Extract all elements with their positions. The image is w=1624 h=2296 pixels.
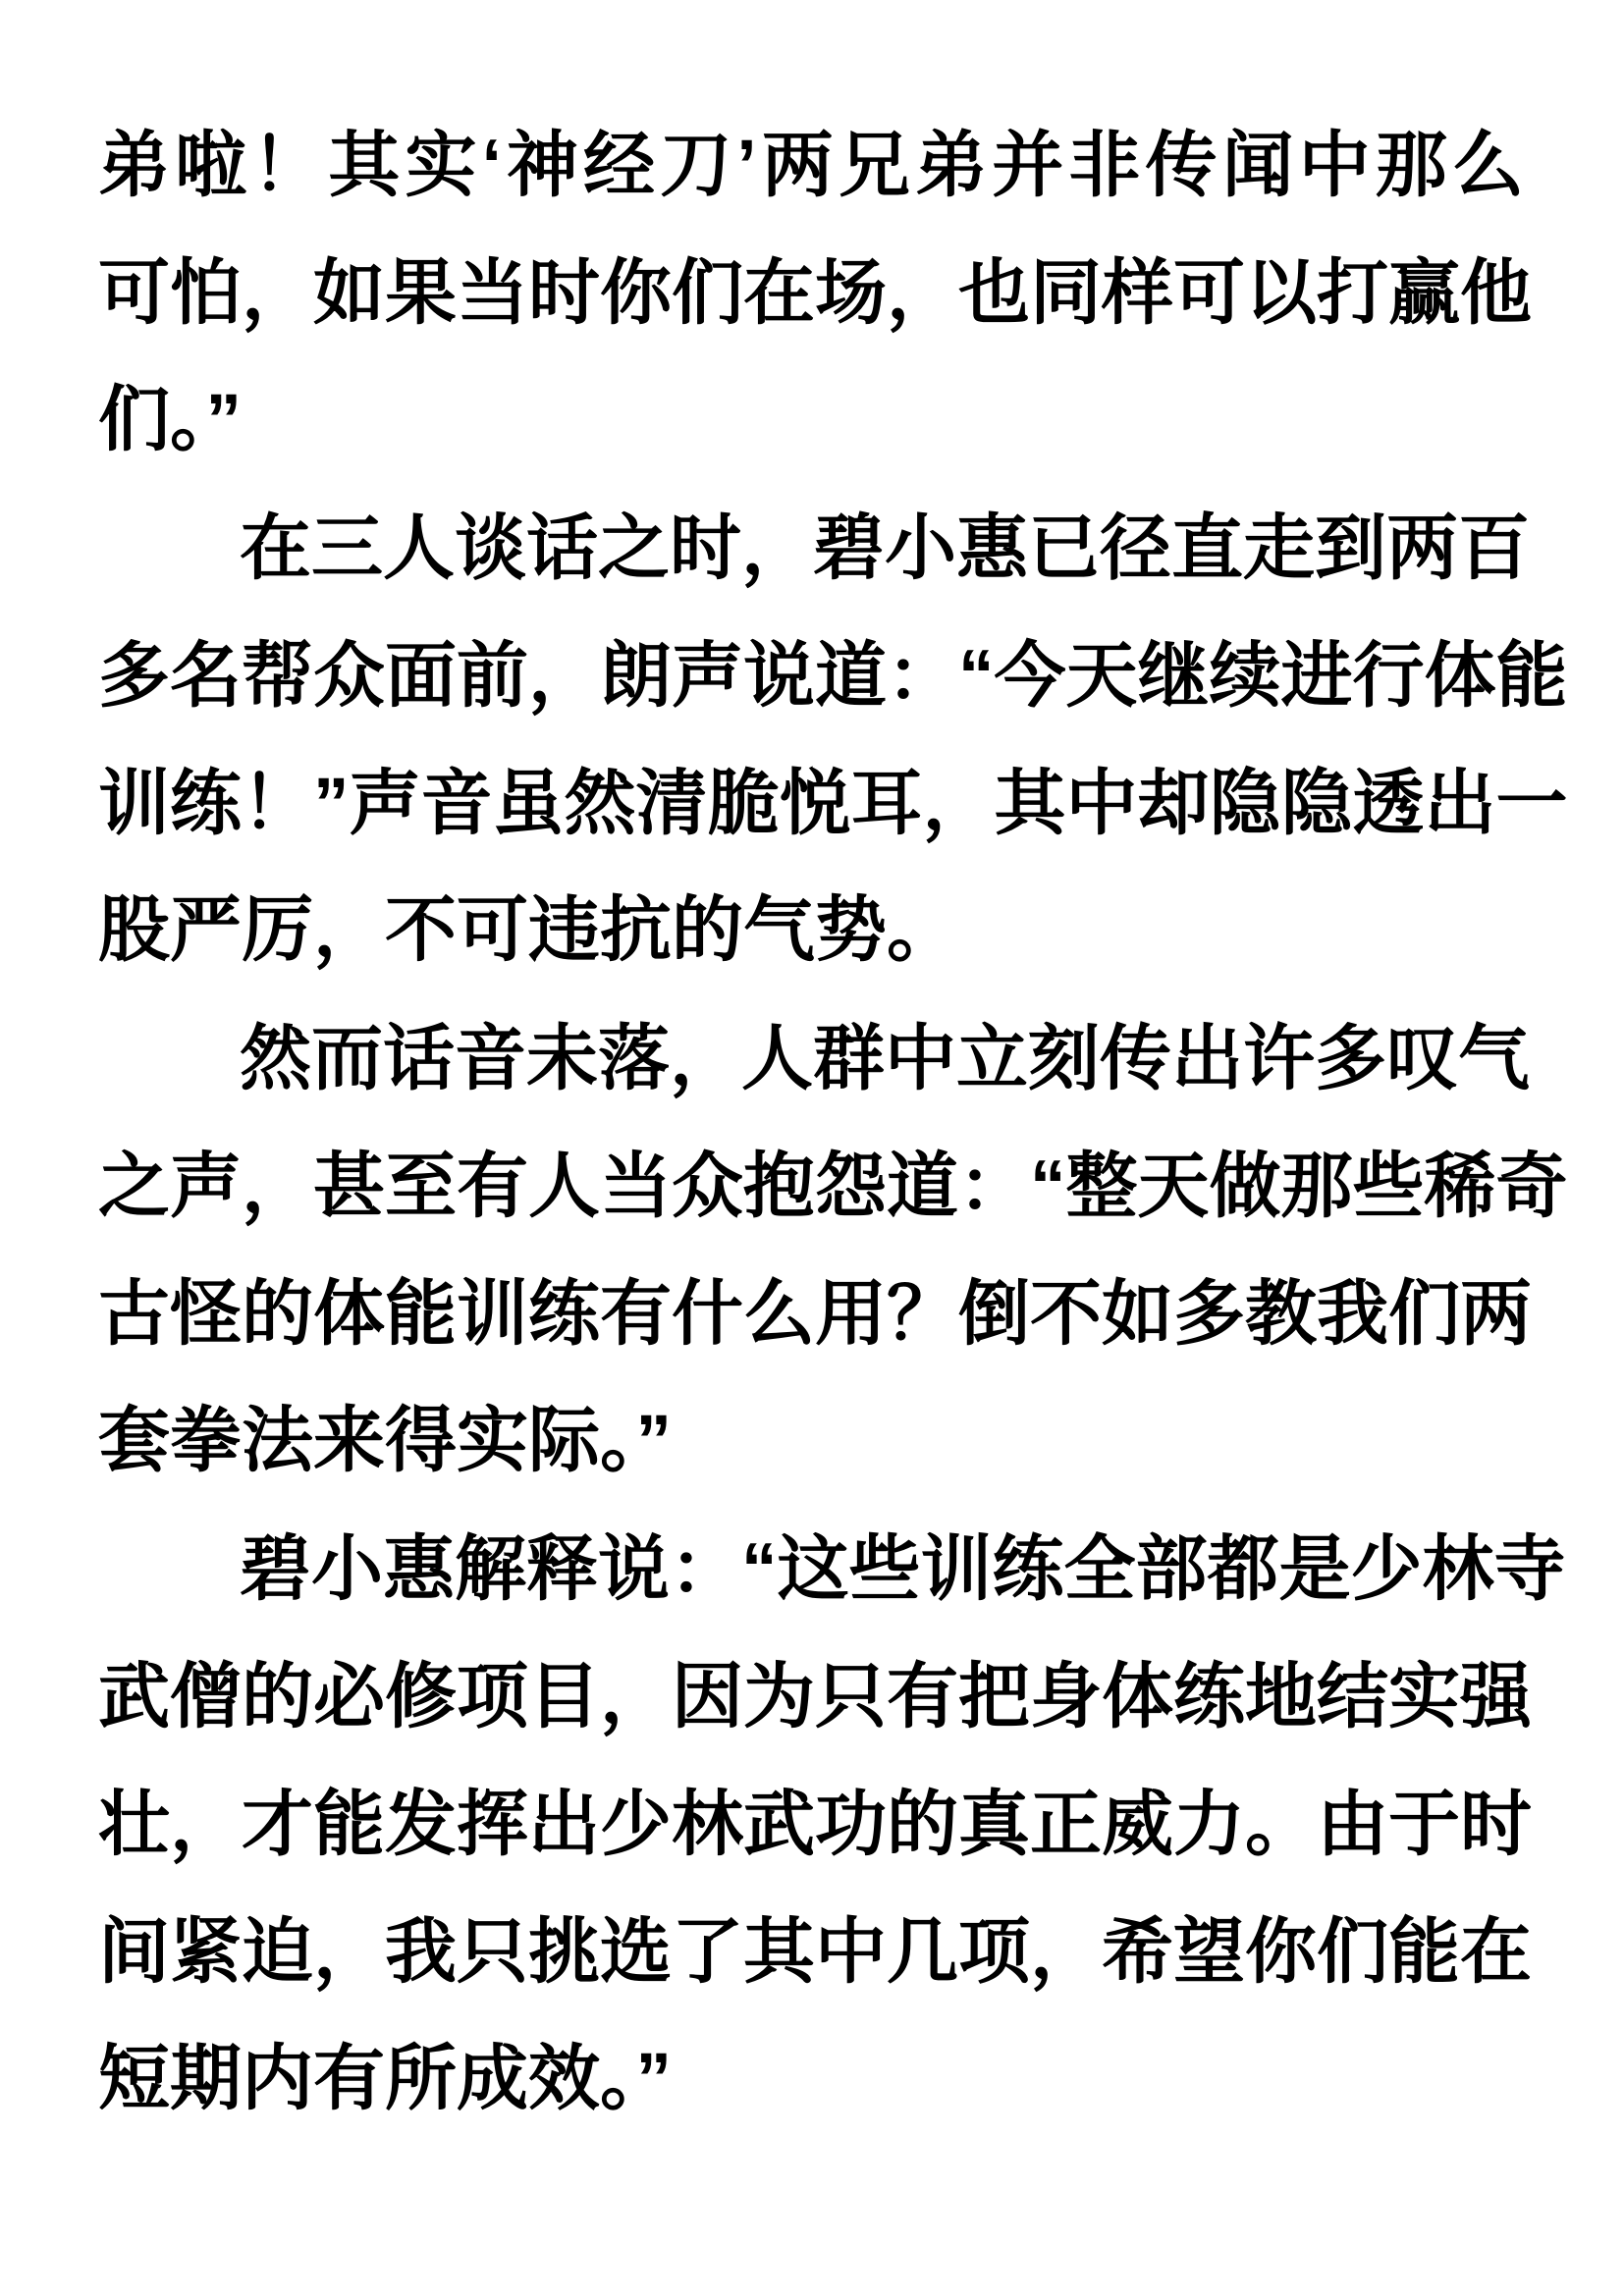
text-glyph: 隐 — [1210, 768, 1281, 839]
text-glyph: ， — [741, 512, 813, 584]
text-glyph: 力 — [1173, 1789, 1245, 1860]
text-glyph: 的 — [242, 1278, 313, 1350]
text-glyph: 出 — [528, 1789, 600, 1860]
text-glyph: ： — [958, 1150, 1030, 1222]
text-glyph: 声 — [672, 640, 743, 712]
text-glyph: 行 — [1353, 640, 1425, 712]
text-glyph: 果 — [385, 257, 457, 329]
text-glyph: 体 — [313, 1278, 385, 1350]
text-glyph: 发 — [385, 1789, 457, 1860]
text-glyph: 道 — [815, 640, 887, 712]
text-glyph: 啦 — [175, 130, 246, 201]
text-glyph: ： — [887, 640, 958, 712]
text-line: 在三人谈话之时，碧小惠已径直走到两百 — [98, 484, 1524, 612]
text-glyph: “ — [741, 1533, 778, 1605]
text-line: 短期内有所成效。” — [98, 2015, 1524, 2143]
text-glyph: 由 — [1317, 1789, 1388, 1860]
text-glyph: 实 — [406, 130, 477, 201]
text-glyph: 如 — [1102, 1278, 1173, 1350]
text-glyph: 之 — [598, 512, 670, 584]
text-line: 壮，才能发挥出少林武功的真正威力。由于时 — [98, 1760, 1524, 1888]
text-glyph: ” — [313, 768, 350, 839]
text-glyph: 练 — [993, 1533, 1064, 1605]
text-glyph: 中 — [1066, 768, 1138, 839]
text-glyph: 面 — [385, 640, 457, 712]
text-glyph: 我 — [385, 1916, 457, 1988]
text-glyph: 小 — [885, 512, 956, 584]
text-glyph: 做 — [1210, 1150, 1281, 1222]
text-glyph: “ — [1030, 1150, 1066, 1222]
text-glyph: 可 — [1173, 257, 1245, 329]
text-glyph: ， — [887, 257, 958, 329]
text-glyph: 你 — [1245, 1916, 1317, 1988]
text-glyph: 希 — [1102, 1916, 1173, 1988]
text-glyph: 抱 — [743, 1150, 815, 1222]
text-glyph: ’ — [736, 130, 756, 201]
text-glyph: 众 — [672, 1150, 743, 1222]
text-glyph: 许 — [1243, 1023, 1315, 1095]
text-glyph: ， — [600, 1661, 672, 1733]
text-glyph: 只 — [815, 1661, 887, 1733]
text-glyph: 项 — [457, 1661, 528, 1733]
text-glyph: 多 — [98, 640, 170, 712]
text-glyph: 直 — [1171, 512, 1243, 584]
text-glyph: 挑 — [528, 1916, 600, 1988]
text-glyph: 耳 — [851, 768, 923, 839]
text-glyph: 透 — [1353, 768, 1425, 839]
text-glyph: 惠 — [956, 512, 1028, 584]
text-glyph: 林 — [672, 1789, 743, 1860]
text-glyph: 音 — [421, 768, 493, 839]
text-glyph: 说 — [598, 1533, 670, 1605]
text-glyph: 打 — [1317, 257, 1388, 329]
text-glyph: 们 — [672, 257, 743, 329]
text-glyph: 继 — [1138, 640, 1210, 712]
text-glyph: ， — [670, 1023, 741, 1095]
text-glyph: 话 — [526, 512, 598, 584]
text-glyph: 们 — [1317, 1916, 1388, 1988]
text-glyph: 几 — [887, 1916, 958, 1988]
text-line: 之声，甚至有人当众抱怨道：“整天做那些稀奇 — [98, 1122, 1524, 1250]
text-glyph: 结 — [1317, 1661, 1388, 1733]
text-glyph: 都 — [1208, 1533, 1279, 1605]
text-glyph: 紧 — [170, 1916, 242, 1988]
text-glyph: 其 — [328, 130, 400, 201]
text-glyph: 只 — [457, 1916, 528, 1988]
text-glyph: 练 — [528, 1278, 600, 1350]
text-glyph: 全 — [1064, 1533, 1136, 1605]
text-glyph: 体 — [1102, 1661, 1173, 1733]
text-glyph: ！ — [242, 768, 313, 839]
text-glyph: 续 — [1210, 640, 1281, 712]
text-glyph: 也 — [958, 257, 1030, 329]
text-glyph: 少 — [1351, 1533, 1423, 1605]
text-glyph: 赢 — [1388, 257, 1460, 329]
text-glyph: 不 — [1030, 1278, 1102, 1350]
text-glyph: 同 — [1030, 257, 1102, 329]
text-glyph: 经 — [583, 130, 655, 201]
text-glyph: 目 — [528, 1661, 600, 1733]
text-line: 股严厉，不可违抗的气势。 — [98, 867, 1524, 994]
text-glyph: 壮 — [98, 1789, 170, 1860]
text-glyph: 其 — [743, 1916, 815, 1988]
text-glyph: 落 — [598, 1023, 670, 1095]
text-glyph: 道 — [887, 1150, 958, 1222]
text-glyph: 才 — [242, 1789, 313, 1860]
text-glyph: 是 — [1279, 1533, 1351, 1605]
text-glyph: 小 — [311, 1533, 383, 1605]
text-glyph: ， — [1030, 1916, 1102, 1988]
text-glyph: 些 — [849, 1533, 921, 1605]
text-glyph: 体 — [1425, 640, 1496, 712]
text-glyph: 多 — [1173, 1278, 1245, 1350]
text-glyph: 传 — [1145, 130, 1217, 201]
text-glyph: 于 — [1388, 1789, 1460, 1860]
text-glyph: 径 — [1100, 512, 1171, 584]
text-glyph: 进 — [1281, 640, 1353, 712]
text-glyph: 望 — [1173, 1916, 1245, 1988]
text-glyph: ‘ — [482, 130, 502, 201]
text-glyph: ， — [528, 640, 600, 712]
text-glyph: 刻 — [1028, 1023, 1100, 1095]
text-glyph: 古 — [98, 1278, 170, 1350]
text-glyph: 那 — [1376, 130, 1447, 201]
text-glyph: 的 — [242, 1661, 313, 1733]
text-line: 可怕，如果当时你们在场，也同样可以打赢他 — [98, 229, 1524, 356]
text-glyph: 兄 — [839, 130, 910, 201]
text-glyph: 虽 — [493, 768, 565, 839]
text-glyph: 么 — [743, 1278, 815, 1350]
text-glyph: 那 — [1281, 1150, 1353, 1222]
text-glyph: 可 — [98, 257, 170, 329]
text-glyph: 整 — [1066, 1150, 1138, 1222]
text-glyph: 今 — [995, 640, 1066, 712]
text-line: 古怪的体能训练有什么用？倒不如多教我们两 — [98, 1250, 1524, 1377]
text-glyph: 两 — [1460, 1278, 1532, 1350]
text-glyph: 什 — [672, 1278, 743, 1350]
text-glyph: 脆 — [708, 768, 780, 839]
text-glyph: 地 — [1245, 1661, 1317, 1733]
text-glyph: 百 — [1458, 512, 1530, 584]
text-glyph: 实 — [1388, 1661, 1460, 1733]
text-glyph: 碧 — [240, 1533, 311, 1605]
text-glyph: 群 — [813, 1023, 885, 1095]
text-glyph: 因 — [672, 1661, 743, 1733]
text-glyph: 场 — [815, 257, 887, 329]
text-glyph: 林 — [1423, 1533, 1494, 1605]
text-glyph: 天 — [1066, 640, 1138, 712]
text-glyph: 并 — [992, 130, 1063, 201]
text-glyph: 到 — [1315, 512, 1386, 584]
text-glyph: 的 — [887, 1789, 958, 1860]
text-glyph: 天 — [1138, 1150, 1210, 1222]
text-line: 套拳法来得实际。” — [98, 1377, 1524, 1505]
text-glyph: 在 — [743, 257, 815, 329]
text-glyph: 至 — [385, 1150, 457, 1222]
text-glyph: 时 — [528, 257, 600, 329]
text-glyph: 之 — [98, 1150, 170, 1222]
text-glyph: 修 — [385, 1661, 457, 1733]
text-glyph: “ — [958, 640, 995, 712]
text-glyph: 人 — [528, 1150, 600, 1222]
text-glyph: 练 — [1173, 1661, 1245, 1733]
text-glyph: 清 — [636, 768, 708, 839]
text-glyph: 走 — [1243, 512, 1315, 584]
text-glyph: 其 — [995, 768, 1066, 839]
text-glyph: 然 — [565, 768, 636, 839]
text-glyph: 武 — [98, 1661, 170, 1733]
text-glyph: 谈 — [455, 512, 526, 584]
text-glyph: 释 — [526, 1533, 598, 1605]
text-glyph: 然 — [240, 1023, 311, 1095]
text-glyph: 时 — [670, 512, 741, 584]
text-glyph: 迫 — [242, 1916, 313, 1988]
text-glyph: 僧 — [170, 1661, 242, 1733]
text-line: 训练！”声音虽然清脆悦耳，其中却隐隐透出一 — [98, 739, 1524, 867]
text-glyph: 当 — [600, 1150, 672, 1222]
text-glyph: 三 — [311, 512, 383, 584]
text-glyph: 选 — [600, 1916, 672, 1988]
text-glyph: 声 — [350, 768, 421, 839]
text-glyph: 中 — [1299, 130, 1371, 201]
text-glyph: 一 — [1496, 768, 1568, 839]
text-glyph: 两 — [1386, 512, 1458, 584]
text-glyph: 能 — [1388, 1916, 1460, 1988]
text-glyph: 倒 — [958, 1278, 1030, 1350]
text-glyph: 真 — [958, 1789, 1030, 1860]
text-glyph: 挥 — [457, 1789, 528, 1860]
text-glyph: 叹 — [1386, 1023, 1458, 1095]
text-glyph: 立 — [956, 1023, 1028, 1095]
text-glyph: 把 — [958, 1661, 1030, 1733]
text-glyph: 当 — [457, 257, 528, 329]
text-glyph: 前 — [457, 640, 528, 712]
text-glyph: 样 — [1102, 257, 1173, 329]
text-glyph: 中 — [885, 1023, 956, 1095]
text-glyph: 已 — [1028, 512, 1100, 584]
text-glyph: 却 — [1138, 768, 1210, 839]
text-glyph: 有 — [457, 1150, 528, 1222]
text-glyph: 两 — [762, 130, 834, 201]
text-glyph: 在 — [240, 512, 311, 584]
text-line: 间紧迫，我只挑选了其中几项，希望你们能在 — [98, 1888, 1524, 2015]
text-glyph: 在 — [1460, 1916, 1532, 1988]
text-glyph: 众 — [313, 640, 385, 712]
text-glyph: 怨 — [815, 1150, 887, 1222]
text-glyph: ！ — [251, 130, 323, 201]
text-glyph: 身 — [1030, 1661, 1102, 1733]
text-block: 弟啦！其实‘神经刀’两兄弟并非传闻中那么可怕，如果当时你们在场，也同样可以打赢他… — [98, 101, 1524, 2143]
text-glyph: ， — [170, 1789, 242, 1860]
text-glyph: 有 — [887, 1661, 958, 1733]
text-glyph: 能 — [1496, 640, 1568, 712]
text-glyph: 用 — [815, 1278, 887, 1350]
text-glyph: 人 — [383, 512, 455, 584]
text-glyph: 怪 — [170, 1278, 242, 1350]
text-glyph: 威 — [1102, 1789, 1173, 1860]
text-glyph: 时 — [1460, 1789, 1532, 1860]
text-glyph: 能 — [313, 1789, 385, 1860]
text-glyph: 我 — [1317, 1278, 1388, 1350]
text-glyph: 未 — [526, 1023, 598, 1095]
text-glyph: 练 — [170, 768, 242, 839]
text-glyph: 训 — [98, 768, 170, 839]
text-glyph: 音 — [455, 1023, 526, 1095]
text-glyph: 甚 — [313, 1150, 385, 1222]
text-glyph: 必 — [313, 1661, 385, 1733]
text-glyph: 弟 — [98, 130, 170, 201]
text-line: 碧小惠解释说：“这些训练全部都是少林寺 — [98, 1505, 1524, 1632]
document-page: 弟啦！其实‘神经刀’两兄弟并非传闻中那么可怕，如果当时你们在场，也同样可以打赢他… — [0, 0, 1624, 2296]
text-glyph: 训 — [921, 1533, 993, 1605]
text-glyph: 教 — [1245, 1278, 1317, 1350]
text-line: 弟啦！其实‘神经刀’两兄弟并非传闻中那么 — [98, 101, 1524, 229]
text-glyph: 们 — [1388, 1278, 1460, 1350]
text-glyph: 了 — [672, 1916, 743, 1988]
text-glyph: 传 — [1100, 1023, 1171, 1095]
text-glyph: 间 — [98, 1916, 170, 1988]
text-glyph: 有 — [600, 1278, 672, 1350]
text-glyph: 朗 — [600, 640, 672, 712]
text-glyph: 神 — [507, 130, 578, 201]
text-glyph: 怕 — [170, 257, 242, 329]
text-glyph: 出 — [1171, 1023, 1243, 1095]
text-glyph: 强 — [1460, 1661, 1532, 1733]
text-glyph: 闻 — [1222, 130, 1294, 201]
text-glyph: 为 — [743, 1661, 815, 1733]
text-glyph: 奇 — [1496, 1150, 1568, 1222]
text-glyph: 声 — [170, 1150, 242, 1222]
text-glyph: 。 — [1245, 1789, 1317, 1860]
text-glyph: 多 — [1315, 1023, 1386, 1095]
text-glyph: 而 — [311, 1023, 383, 1095]
text-glyph: 你 — [600, 257, 672, 329]
text-glyph: 碧 — [813, 512, 885, 584]
text-glyph: 惠 — [383, 1533, 455, 1605]
text-glyph: 功 — [815, 1789, 887, 1860]
text-glyph: 项 — [958, 1916, 1030, 1988]
text-glyph: 以 — [1245, 257, 1317, 329]
text-glyph: 帮 — [242, 640, 313, 712]
text-glyph: 部 — [1136, 1533, 1208, 1605]
text-glyph: 稀 — [1425, 1150, 1496, 1222]
text-glyph: 中 — [815, 1916, 887, 1988]
text-glyph: 这 — [778, 1533, 849, 1605]
text-glyph: 名 — [170, 640, 242, 712]
text-glyph: 他 — [1460, 257, 1532, 329]
text-glyph: 隐 — [1281, 768, 1353, 839]
text-glyph: ， — [242, 257, 313, 329]
text-glyph: 如 — [313, 257, 385, 329]
text-glyph: 说 — [743, 640, 815, 712]
text-line: 多名帮众面前，朗声说道：“今天继续进行体能 — [98, 612, 1524, 739]
text-glyph: ， — [923, 768, 995, 839]
text-glyph: 能 — [385, 1278, 457, 1350]
text-glyph: ？ — [887, 1278, 958, 1350]
text-glyph: 些 — [1353, 1150, 1425, 1222]
text-glyph: 刀 — [660, 130, 731, 201]
text-glyph: 非 — [1068, 130, 1140, 201]
text-line: 然而话音未落，人群中立刻传出许多叹气 — [98, 994, 1524, 1122]
text-glyph: 么 — [1452, 130, 1524, 201]
text-glyph: 少 — [600, 1789, 672, 1860]
text-glyph: 气 — [1458, 1023, 1530, 1095]
text-glyph: 弟 — [915, 130, 987, 201]
text-glyph: ： — [670, 1533, 741, 1605]
text-glyph: 武 — [743, 1789, 815, 1860]
text-glyph: ， — [313, 1916, 385, 1988]
text-glyph: 正 — [1030, 1789, 1102, 1860]
text-line: 们。” — [98, 356, 1524, 484]
text-glyph: 寺 — [1494, 1533, 1566, 1605]
text-glyph: 出 — [1425, 768, 1496, 839]
text-line: 武僧的必修项目，因为只有把身体练地结实强 — [98, 1632, 1524, 1760]
text-glyph: 训 — [457, 1278, 528, 1350]
text-glyph: ， — [242, 1150, 313, 1222]
text-glyph: 悦 — [780, 768, 851, 839]
text-glyph: 解 — [455, 1533, 526, 1605]
text-glyph: 人 — [741, 1023, 813, 1095]
text-glyph: 话 — [383, 1023, 455, 1095]
